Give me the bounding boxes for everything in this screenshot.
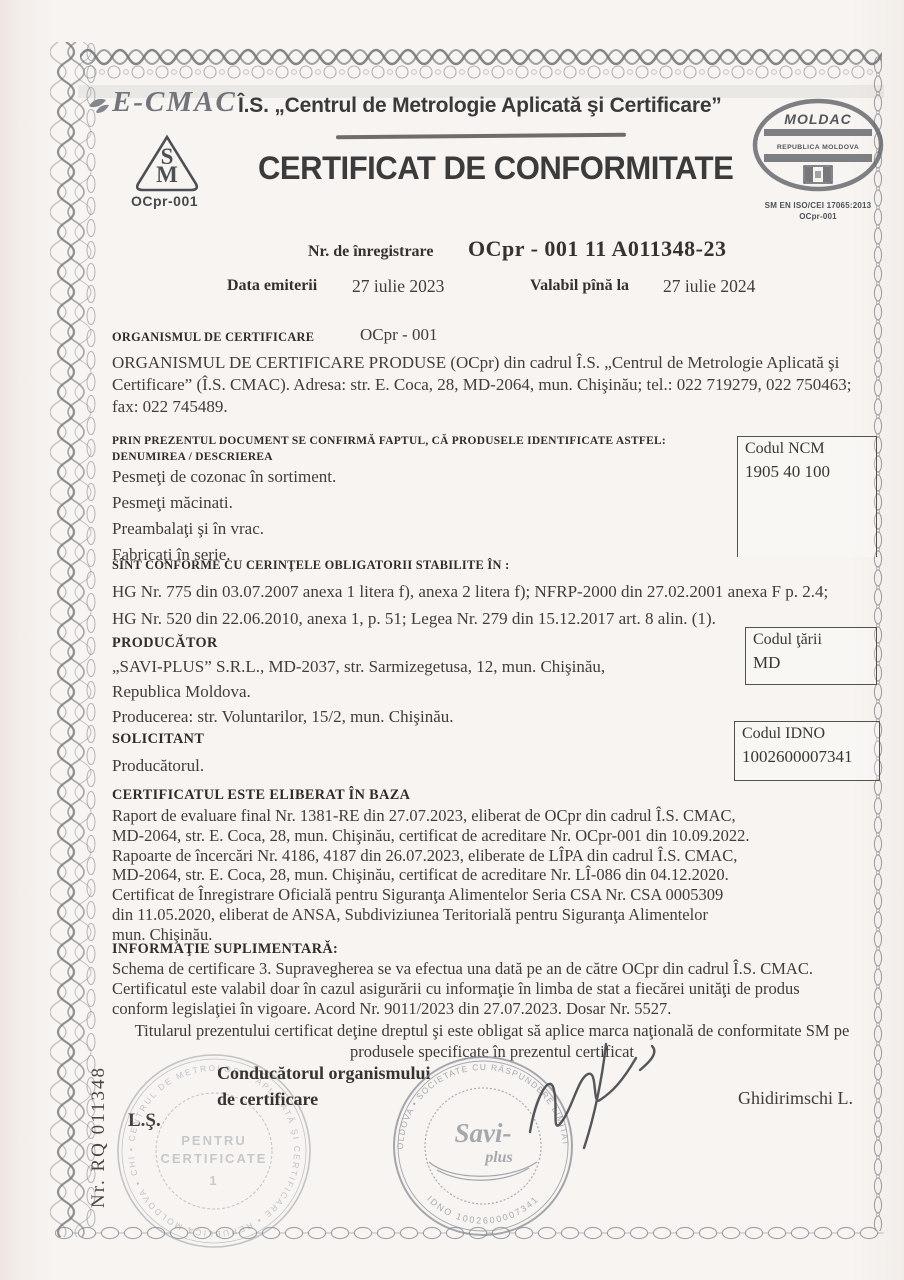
country-code-box: Codul ţării MD bbox=[745, 627, 877, 685]
product-item: Preambalaţi şi în vrac. bbox=[112, 516, 336, 542]
moldac-flag-icon bbox=[804, 166, 832, 183]
issue-date-value: 27 iulie 2023 bbox=[352, 276, 444, 297]
registration-number-value: OCpr - 001 11 A011348-23 bbox=[468, 236, 727, 262]
leaf-icon bbox=[86, 92, 112, 116]
moldac-logo: MOLDAC REPUBLICA MOLDOVA bbox=[748, 98, 888, 201]
certificate-page: E-CMAC S M OCpr-001 Î.S. „Centrul de Met… bbox=[0, 0, 904, 1280]
registration-number-label: Nr. de înregistrare bbox=[308, 243, 433, 261]
country-code-value: MD bbox=[753, 653, 869, 673]
conformity-lines: HG Nr. 775 din 03.07.2007 anexa 1 litera… bbox=[112, 578, 828, 632]
signature bbox=[500, 1038, 670, 1153]
cmac-stamp-inner3: 1 bbox=[209, 1173, 218, 1188]
serial-number-vertical: Nr. RQ 011348 bbox=[88, 1048, 110, 1208]
conformity-heading: SÎNT CONFORME CU CERINŢELE OBLIGATORII S… bbox=[112, 556, 530, 574]
cmac-stamp-inner2: CERTIFICATE bbox=[161, 1151, 268, 1166]
guilloche-top-border bbox=[80, 42, 882, 80]
applicant-heading: SOLICITANT bbox=[112, 730, 209, 748]
ecmac-logo: E-CMAC bbox=[112, 86, 237, 119]
page-title: CERTIFICAT DE CONFORMITATE bbox=[258, 150, 733, 187]
certification-body-description: ORGANISMUL DE CERTIFICARE PRODUSE (OCpr)… bbox=[112, 352, 872, 418]
certification-body-heading: ORGANISMUL DE CERTIFICARE bbox=[112, 328, 325, 346]
producer-lines: „SAVI-PLUS” S.R.L., MD-2037, str. Sarmiz… bbox=[112, 654, 605, 729]
sm-letter-m: M bbox=[156, 162, 178, 187]
ncm-value: 1905 40 100 bbox=[745, 462, 869, 482]
additional-heading: INFORMAŢIE SUPLIMENTARĂ: bbox=[112, 940, 350, 958]
applicant-value: Producătorul. bbox=[112, 755, 204, 777]
moldac-iso-text: SM EN ISO/CEI 17065:2013 OCpr-001 bbox=[742, 200, 894, 222]
certification-body-code: OCpr - 001 bbox=[360, 324, 437, 346]
producer-heading: PRODUCĂTOR bbox=[112, 634, 223, 652]
org-title: Î.S. „Centrul de Metrologie Aplicată şi … bbox=[238, 94, 722, 118]
idno-code-box: Codul IDNO 1002600007341 bbox=[734, 721, 880, 781]
country-code-label: Codul ţării bbox=[753, 631, 869, 649]
ls-seal-label: L.Ş. bbox=[128, 1110, 161, 1132]
cmac-stamp-inner1: PENTRU bbox=[181, 1133, 246, 1148]
ecmac-logo-text: E-CMAC bbox=[112, 86, 237, 118]
moldac-country: REPUBLICA MOLDOVA bbox=[777, 144, 859, 151]
signatory-name: Ghidirimschi L. bbox=[738, 1088, 853, 1109]
valid-until-value: 27 iulie 2024 bbox=[663, 276, 755, 297]
product-item: Pesmeţi de cozonac în sortiment. bbox=[112, 464, 336, 490]
basis-heading: CERTIFICATUL ESTE ELIBERAT ÎN BAZA bbox=[112, 786, 426, 804]
products-heading: PRIN PREZENTUL DOCUMENT SE CONFIRMĂ FAPT… bbox=[112, 432, 695, 464]
moldac-iso-line1: SM EN ISO/CEI 17065:2013 bbox=[742, 200, 894, 211]
sm-triangle-logo: S M bbox=[130, 133, 204, 198]
idno-value: 1002600007341 bbox=[742, 747, 872, 767]
title-underline bbox=[336, 133, 626, 140]
additional-lines: Schema de certificare 3. Supravegherea s… bbox=[112, 959, 813, 1018]
idno-label: Codul IDNO bbox=[742, 725, 872, 743]
sm-mark-code: OCpr-001 bbox=[131, 193, 198, 209]
basis-lines: Raport de evaluare final Nr. 1381-RE din… bbox=[112, 806, 750, 945]
ncm-label: Codul NCM bbox=[745, 440, 869, 458]
moldac-iso-line2: OCpr-001 bbox=[742, 211, 894, 222]
valid-until-label: Valabil pînă la bbox=[530, 277, 629, 295]
ncm-code-box: Codul NCM 1905 40 100 bbox=[737, 436, 877, 557]
moldac-name: MOLDAC bbox=[784, 111, 851, 127]
product-list: Pesmeţi de cozonac în sortiment. Pesmeţi… bbox=[112, 464, 336, 568]
conformity-line: HG Nr. 775 din 03.07.2007 anexa 1 litera… bbox=[112, 578, 828, 605]
conformity-line: HG Nr. 520 din 22.06.2010, anexa 1, p. 5… bbox=[112, 605, 828, 632]
product-item: Pesmeţi măcinati. bbox=[112, 490, 336, 516]
issue-date-label: Data emiterii bbox=[227, 277, 317, 295]
savi-stamp-flourish bbox=[429, 1162, 537, 1180]
